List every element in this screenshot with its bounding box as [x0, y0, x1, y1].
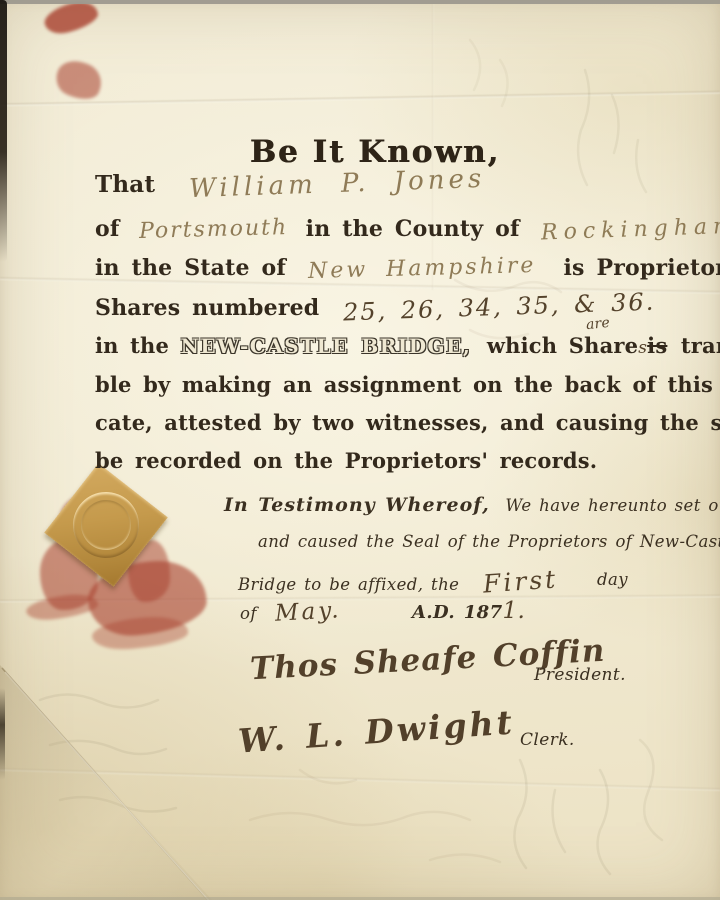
scan-edge-top — [0, 0, 720, 4]
town-handwritten: Portsmouth — [139, 215, 289, 244]
testimony-line-1-rest: We have hereunto set our Hands, — [505, 496, 720, 515]
county-handwritten: Rockingham — [541, 214, 720, 246]
proprietor-label: is Proprietor of — [564, 255, 720, 281]
which-share-label: which Share — [487, 333, 638, 358]
grantee-name-handwritten: William P. Jones — [188, 164, 485, 204]
that-label: That — [95, 171, 155, 198]
state-handwritten: New Hampshire — [307, 253, 536, 284]
testimony-line-1: In Testimony Whereof, We have hereunto s… — [224, 494, 720, 516]
testimony-ornate-opening: In Testimony Whereof, — [224, 494, 490, 516]
state-label: in the State of — [95, 255, 286, 281]
testimony-line-3: Bridge to be affixed, the First — [238, 567, 558, 596]
testimony-line-3-start: Bridge to be affixed, the — [238, 575, 459, 594]
testimony-of-label: of — [240, 604, 257, 623]
testimony-line-2: and caused the Seal of the Proprietors o… — [258, 532, 720, 551]
inserted-are-handwritten: are — [585, 315, 610, 333]
bridge-line: in the NEW-CASTLE BRIDGE, which Sharesis… — [95, 333, 720, 358]
struck-is-word: is — [647, 333, 667, 358]
certificate-heading: Be It Known, — [35, 134, 715, 170]
scan-edge-left — [0, 0, 7, 262]
bridge-name: NEW-CASTLE BRIDGE, — [181, 334, 472, 358]
transferable-tail: transfera- — [681, 333, 720, 358]
body-line-2: ble by making an assignment on the back … — [95, 372, 720, 397]
in-the-label: in the — [95, 333, 169, 358]
scan-edge-left-lower — [0, 688, 5, 780]
clerk-role-label: Clerk. — [520, 730, 575, 750]
president-role-label: President. — [534, 665, 626, 685]
testimony-line-4: of May. — [240, 599, 341, 625]
ad-label: A.D. 187 — [412, 602, 503, 623]
year-handwritten: 1. — [503, 598, 526, 624]
body-line-3: cate, attested by two witnesses, and cau… — [95, 410, 720, 435]
seal-emboss-inner — [71, 490, 141, 560]
day-label: day — [597, 570, 628, 589]
county-label: in the County of — [306, 216, 520, 242]
state-line: in the State of New Hampshire is Proprie… — [95, 255, 720, 281]
body-line-4: be recorded on the Proprietors' records. — [95, 448, 597, 473]
day-handwritten: First — [482, 564, 559, 598]
scanned-certificate: Be It Known, That William P. Jones of Po… — [0, 0, 720, 900]
residence-line: of Portsmouth in the County of Rockingha… — [95, 216, 720, 242]
inserted-s-handwritten: s — [638, 338, 647, 358]
ad-year-line: A.D. 1871. — [412, 598, 525, 624]
shares-label: Shares numbered — [95, 295, 319, 321]
of-label: of — [95, 216, 120, 242]
share-numbers-line: Shares numbered 25, 26, 34, 35, & 36. — [95, 293, 655, 321]
month-handwritten: May. — [274, 597, 342, 626]
grantee-line: That William P. Jones — [95, 169, 485, 199]
